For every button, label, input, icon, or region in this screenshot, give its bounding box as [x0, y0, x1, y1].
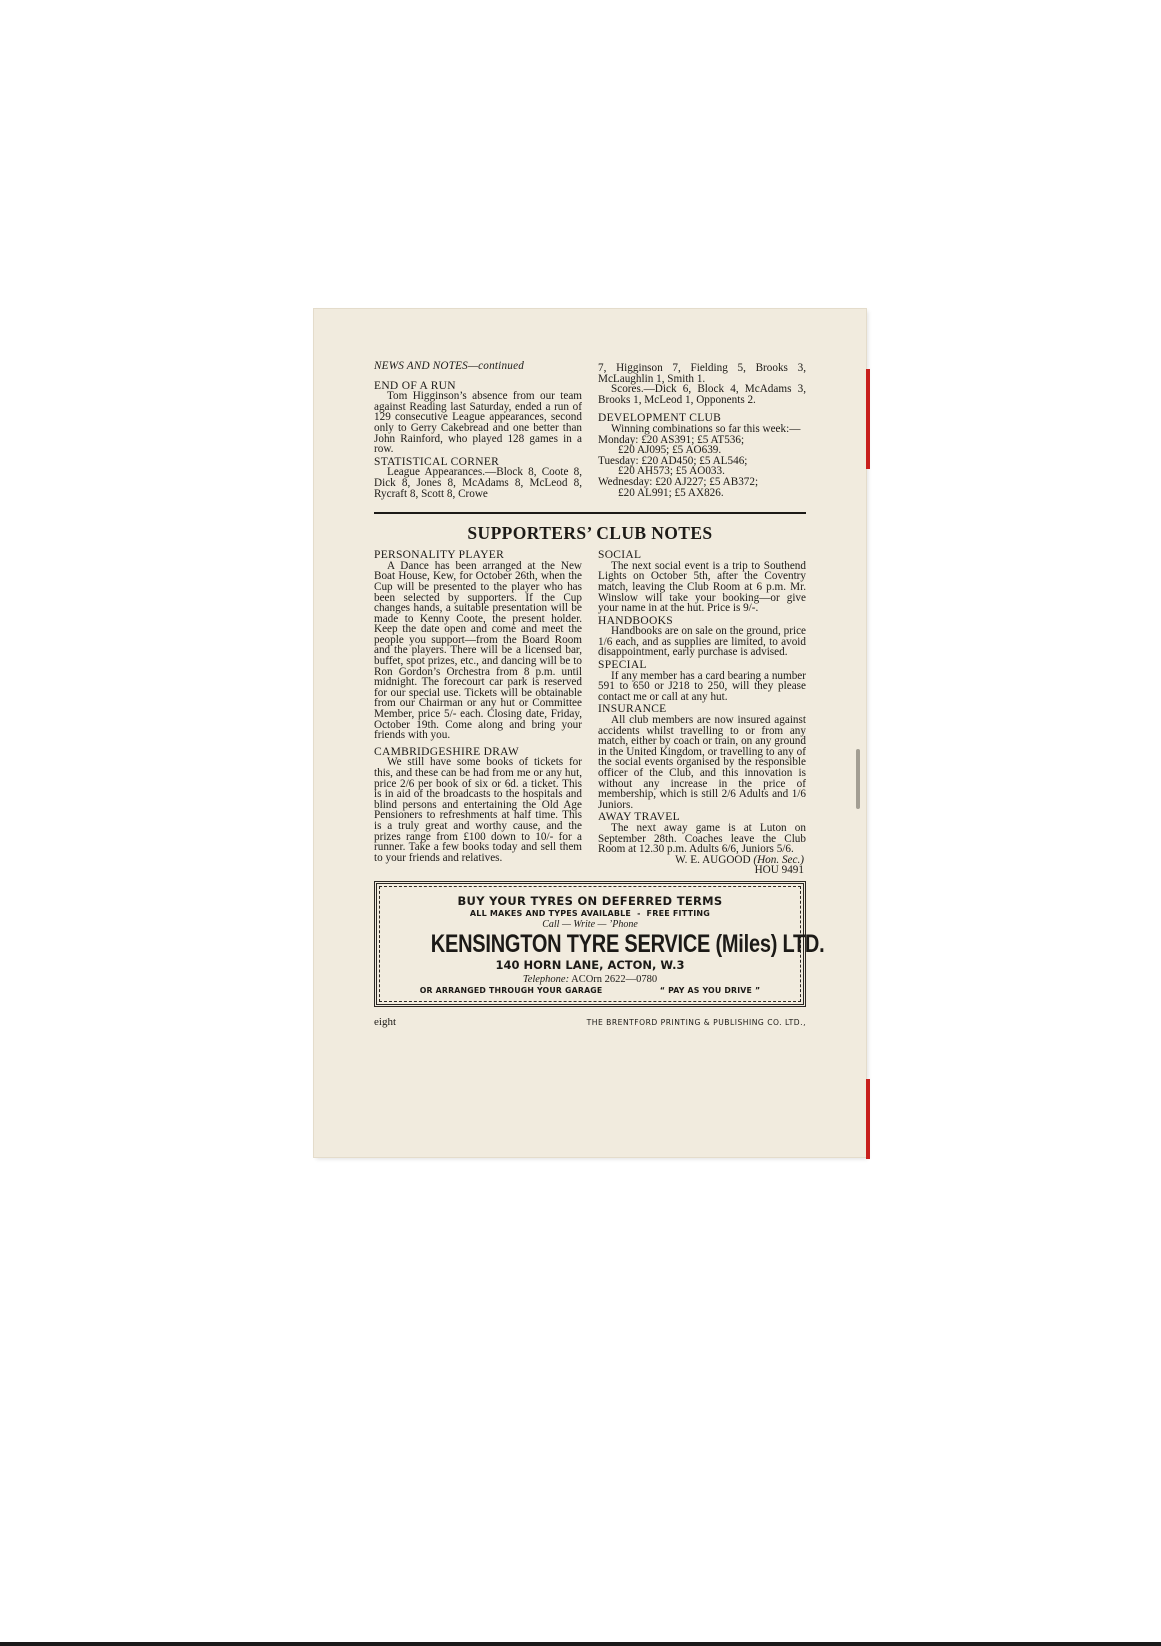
page-content: NEWS AND NOTES—continued END OF A RUN To… — [374, 361, 806, 1029]
supporters-left-column: PERSONALITY PLAYER A Dance has been arra… — [374, 548, 582, 876]
running-head: NEWS AND NOTES—continued — [374, 361, 582, 372]
ad-call-line: Call — Write — ’Phone — [391, 919, 789, 930]
ad-address: 140 HORN LANE, ACTON, W.3 — [391, 958, 789, 973]
signoff-phone: HOU 9491 — [598, 865, 806, 876]
ad-subline: ALL MAKES AND TYPES AVAILABLE - FREE FIT… — [391, 908, 789, 919]
section-body: League Appearances.—Block 8, Coote 8, Di… — [374, 467, 582, 499]
ad-footer-left: OR ARRANGED THROUGH YOUR GARAGE — [420, 986, 603, 996]
dev-club-day: Wednesday: £20 AJ227; £5 AB372; — [598, 477, 806, 488]
supporters-notes: PERSONALITY PLAYER A Dance has been arra… — [374, 548, 806, 876]
printer-credit: THE BRENTFORD PRINTING & PUBLISHING CO. … — [587, 1018, 806, 1029]
scan-bottom-edge — [0, 1642, 1161, 1646]
dev-club-results: Monday: £20 AS391; £5 AT536; £20 AJ095; … — [598, 435, 806, 499]
section-body: We still have some books of tickets for … — [374, 757, 582, 863]
ad-telephone: Telephone: ACOrn 2622—0780 — [391, 973, 789, 986]
section-body: Handbooks are on sale on the ground, pri… — [598, 626, 806, 658]
red-cover-edge — [866, 369, 870, 469]
tyre-advertisement: BUY YOUR TYRES ON DEFERRED TERMS ALL MAK… — [374, 881, 806, 1007]
ad-headline: BUY YOUR TYRES ON DEFERRED TERMS — [391, 894, 789, 908]
scores-text: Scores.—Dick 6, Block 4, McAdams 3, Broo… — [598, 384, 806, 405]
section-body: All club members are now insured against… — [598, 715, 806, 810]
supporters-right-column: SOCIAL The next social event is a trip t… — [598, 548, 806, 876]
signoff-name: W. E. AUGOOD — [675, 854, 750, 866]
red-cover-edge — [866, 1079, 870, 1159]
section-body: The next away game is at Luton on Septem… — [598, 823, 806, 855]
page-number: eight — [374, 1017, 396, 1028]
page-footer: eight THE BRENTFORD PRINTING & PUBLISHIN… — [374, 1017, 806, 1029]
section-divider — [374, 512, 806, 514]
programme-page: NEWS AND NOTES—continued END OF A RUN To… — [314, 309, 866, 1157]
section-body: The next social event is a trip to South… — [598, 561, 806, 614]
section-body: If any member has a card bearing a numbe… — [598, 671, 806, 703]
ad-footer-right: “ PAY AS YOU DRIVE ” — [660, 986, 760, 996]
section-body: A Dance has been arranged at the New Boa… — [374, 561, 582, 741]
ad-brand: KENSINGTON TYRE SERVICE (Miles) LTD. — [431, 930, 749, 958]
section-body: Tom Higginson’s absence from our team ag… — [374, 391, 582, 455]
dev-club-day-cont: £20 AL991; £5 AX826. — [598, 488, 806, 499]
news-right-column: 7, Higginson 7, Fielding 5, Brooks 3, Mc… — [598, 361, 806, 499]
page-crease — [856, 749, 860, 809]
news-left-column: NEWS AND NOTES—continued END OF A RUN To… — [374, 361, 582, 499]
appearances-continued: 7, Higginson 7, Fielding 5, Brooks 3, Mc… — [598, 363, 806, 384]
supporters-club-title: SUPPORTERS’ CLUB NOTES — [374, 524, 806, 542]
ad-footer: OR ARRANGED THROUGH YOUR GARAGE “ PAY AS… — [391, 986, 789, 996]
news-and-notes: NEWS AND NOTES—continued END OF A RUN To… — [374, 361, 806, 499]
